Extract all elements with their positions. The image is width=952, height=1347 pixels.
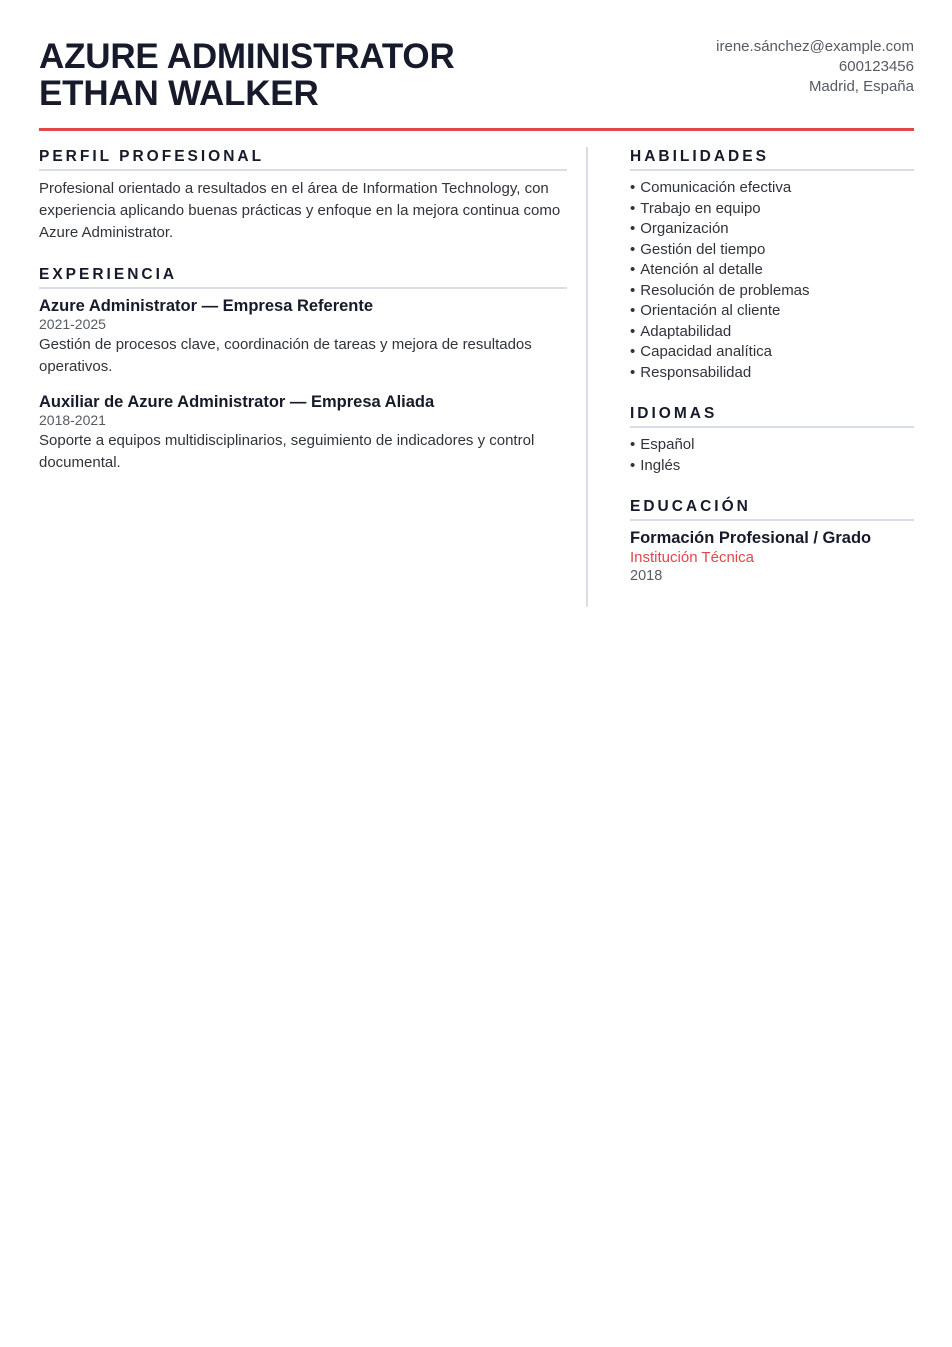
profile-section: PERFIL PROFESIONAL Profesional orientado…: [39, 147, 567, 244]
job-entry-dates: 2018-2021: [39, 412, 567, 428]
education-institution: Institución Técnica: [630, 548, 914, 567]
skills-heading: HABILIDADES: [630, 147, 914, 171]
skill-item: Gestión del tiempo: [630, 240, 914, 261]
job-entry-description: Gestión de procesos clave, coordinación …: [39, 334, 567, 378]
resume-header: AZURE ADMINISTRATOR ETHAN WALKER irene.s…: [39, 0, 914, 132]
experience-entry: Auxiliar de Azure Administrator — Empres…: [39, 392, 567, 474]
name-title-block: AZURE ADMINISTRATOR ETHAN WALKER: [39, 38, 455, 112]
skills-section: HABILIDADES Comunicación efectiva Trabaj…: [630, 147, 914, 383]
profile-text: Profesional orientado a resultados en el…: [39, 178, 567, 244]
skill-item: Organización: [630, 219, 914, 240]
experience-entry: Azure Administrator — Empresa Referente …: [39, 296, 567, 378]
skill-item: Atención al detalle: [630, 260, 914, 281]
skill-item: Orientación al cliente: [630, 301, 914, 322]
resume-page: AZURE ADMINISTRATOR ETHAN WALKER irene.s…: [39, 0, 914, 132]
main-column: PERFIL PROFESIONAL Profesional orientado…: [39, 147, 567, 495]
language-item: Español: [630, 435, 914, 456]
job-entry-title: Auxiliar de Azure Administrator — Empres…: [39, 392, 567, 412]
column-divider: [586, 147, 588, 607]
side-column: HABILIDADES Comunicación efectiva Trabaj…: [630, 147, 914, 607]
skill-item: Trabajo en equipo: [630, 199, 914, 220]
languages-heading: IDIOMAS: [630, 404, 914, 428]
experience-heading: EXPERIENCIA: [39, 265, 567, 289]
languages-list: Español Inglés: [630, 435, 914, 476]
job-entry-title: Azure Administrator — Empresa Referente: [39, 296, 567, 316]
skills-list: Comunicación efectiva Trabajo en equipo …: [630, 178, 914, 383]
skill-item: Adaptabilidad: [630, 322, 914, 343]
language-item: Inglés: [630, 456, 914, 477]
experience-section: EXPERIENCIA Azure Administrator — Empres…: [39, 265, 567, 474]
header-accent-divider: [39, 128, 914, 131]
skill-item: Responsabilidad: [630, 363, 914, 384]
contact-location: Madrid, España: [716, 77, 914, 97]
contact-email[interactable]: irene.sánchez@example.com: [716, 37, 914, 57]
contact-info: irene.sánchez@example.com 600123456 Madr…: [716, 37, 914, 97]
person-name-heading: ETHAN WALKER: [39, 75, 455, 112]
contact-phone[interactable]: 600123456: [716, 57, 914, 77]
education-section: EDUCACIÓN Formación Profesional / Grado …: [630, 497, 914, 586]
languages-section: IDIOMAS Español Inglés: [630, 404, 914, 476]
job-entry-description: Soporte a equipos multidisciplinarios, s…: [39, 430, 567, 474]
skill-item: Capacidad analítica: [630, 342, 914, 363]
job-entry-dates: 2021-2025: [39, 316, 567, 332]
education-heading: EDUCACIÓN: [630, 497, 914, 521]
skill-item: Resolución de problemas: [630, 281, 914, 302]
job-title-heading: AZURE ADMINISTRATOR: [39, 38, 455, 75]
education-year: 2018: [630, 567, 914, 586]
skill-item: Comunicación efectiva: [630, 178, 914, 199]
education-degree: Formación Profesional / Grado: [630, 528, 914, 548]
profile-heading: PERFIL PROFESIONAL: [39, 147, 567, 171]
